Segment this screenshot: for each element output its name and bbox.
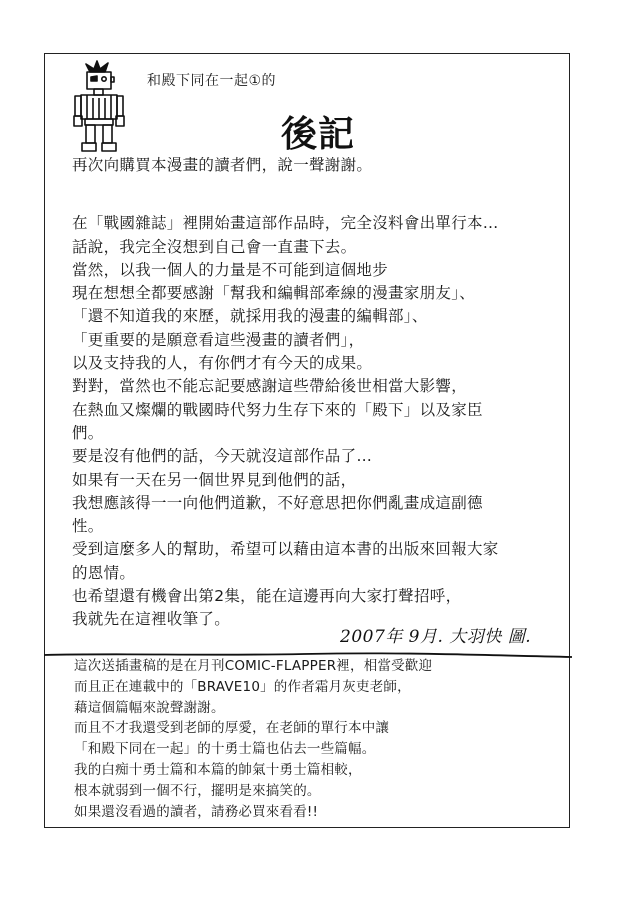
- page-title: 後記: [281, 106, 355, 157]
- body-line: 們。: [72, 422, 562, 445]
- signature-date: 2007年 9月.: [340, 627, 443, 647]
- afterword-body: 再次向購買本漫畫的讀者們，說一聲謝謝。 在「戰國雜誌」裡開始畫這部作品時，完全沒…: [72, 154, 562, 632]
- body-line: 要是沒有他們的話，今天就沒這部作品了…: [72, 445, 562, 468]
- signature-suffix: 圖.: [508, 627, 531, 647]
- body-line: 性。: [72, 515, 562, 538]
- body-line: 以及支持我的人，有你們才有今天的成果。: [72, 352, 562, 375]
- opening-line: 再次向購買本漫畫的讀者們，說一聲謝謝。: [72, 154, 562, 177]
- body-line: 在熱血又燦爛的戰國時代努力生存下來的「殿下」以及家臣: [72, 399, 562, 422]
- signature-author: 大羽快: [449, 627, 502, 647]
- note-line: 如果還沒看過的讀者，請務必買來看看!!: [74, 802, 554, 823]
- robot-mascot-icon: [66, 60, 132, 152]
- paragraph-spacer: [72, 177, 562, 212]
- body-line: 對對，當然也不能忘記要感謝這些帶給後世相當大影響，: [72, 375, 562, 398]
- acknowledgement-note: 這次送插畫稿的是在月刊COMIC-FLAPPER裡，相當受歡迎 而且正在連載中的…: [74, 656, 554, 822]
- body-line: 「還不知道我的來歷，就採用我的漫畫的編輯部」、: [72, 305, 562, 328]
- note-line: 而且不才我還受到老師的厚愛，在老師的單行本中讓: [74, 718, 554, 739]
- note-line: 我的白痴十勇士篇和本篇的帥氣十勇士篇相較，: [74, 760, 554, 781]
- body-line: 的恩情。: [72, 562, 562, 585]
- body-line: 我想應該得一一向他們道歉，不好意思把你們亂畫成這副德: [72, 492, 562, 515]
- body-line: 如果有一天在另一個世界見到他們的話，: [72, 469, 562, 492]
- body-line: 「更重要的是願意看這些漫畫的讀者們」，: [72, 329, 562, 352]
- body-line: 現在想想全都要感謝「幫我和編輯部牽線的漫畫家朋友」、: [72, 282, 562, 305]
- body-line: 當然，以我一個人的力量是不可能到這個地步: [72, 259, 562, 282]
- note-line: 這次送插畫稿的是在月刊COMIC-FLAPPER裡，相當受歡迎: [74, 656, 554, 677]
- book-subtitle: 和殿下同在一起①的: [147, 70, 276, 90]
- note-line: 藉這個篇幅來說聲謝謝。: [74, 698, 554, 719]
- body-line: 也希望還有機會出第2集，能在這邊再向大家打聲招呼，: [72, 585, 562, 608]
- body-line: 話說，我完全沒想到自己會一直畫下去。: [72, 236, 562, 259]
- note-line: 根本就弱到一個不行，擺明是來搞笑的。: [74, 781, 554, 802]
- note-line: 而且正在連載中的「BRAVE10」的作者霜月灰吏老師，: [74, 677, 554, 698]
- author-signature: 2007年 9月. 大羽快 圖.: [340, 622, 531, 647]
- body-line: 在「戰國雜誌」裡開始畫這部作品時，完全沒料會出單行本…: [72, 212, 562, 235]
- note-line: 「和殿下同在一起」的十勇士篇也佔去一些篇幅。: [74, 739, 554, 760]
- body-line: 受到這麼多人的幫助，希望可以藉由這本書的出版來回報大家: [72, 538, 562, 561]
